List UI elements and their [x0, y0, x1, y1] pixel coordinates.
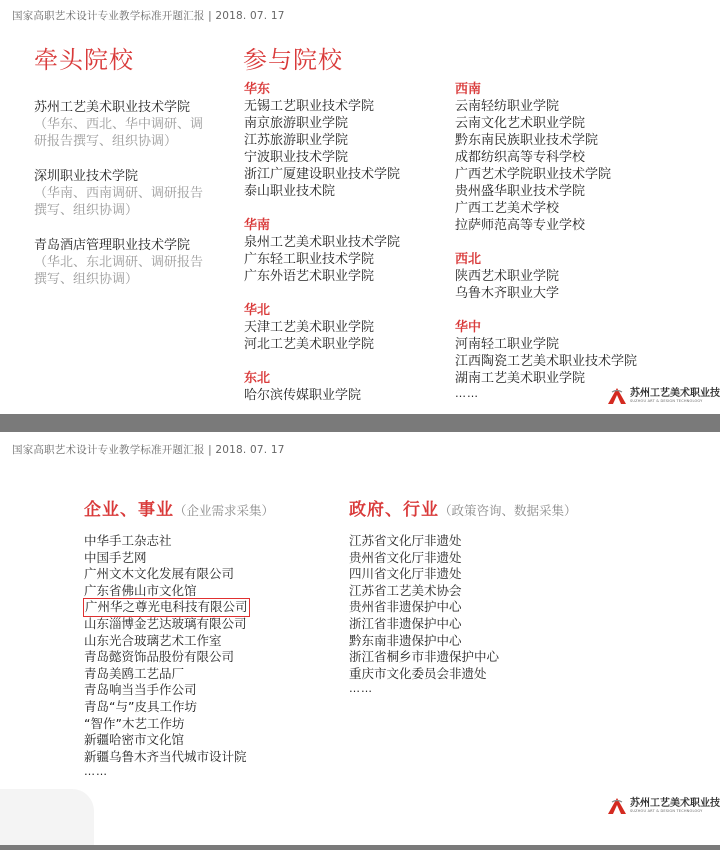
school-item: 陕西艺术职业学院: [455, 268, 637, 285]
lead-school-note: （华南、西南调研、调研报告撰写、组织协调）: [34, 185, 209, 219]
government-item: 重庆市文化委员会非遗处: [349, 666, 499, 683]
enterprise-item: 山东淄博金艺达玻璃有限公司: [84, 616, 249, 633]
region-group-southwest: 西南 云南轻纺职业学院 云南文化艺术职业学院 黔东南民族职业技术学院 成都纺织高…: [455, 81, 637, 234]
government-item: 浙江省桐乡市非遗保护中心: [349, 649, 499, 666]
school-logo-name: 苏州工艺美术职业技: [630, 798, 720, 809]
enterprise-item: “智作”木艺工作坊: [84, 716, 249, 733]
enterprise-item-highlighted: 广州华之尊光电科技有限公司: [84, 599, 249, 616]
region-label: 华北: [244, 302, 400, 319]
enterprise-item: 青岛美鸥工艺品厂: [84, 666, 249, 683]
government-item: 贵州省非遗保护中心: [349, 599, 499, 616]
lead-school: 青岛酒店管理职业技术学院 （华北、东北调研、调研报告撰写、组织协调）: [34, 237, 209, 288]
school-logo: 苏州工艺美术职业技 SUZHOU ART & DESIGN TECHNOLOGY: [608, 798, 720, 814]
slide-separator: [0, 414, 720, 432]
lead-school: 深圳职业技术学院 （华南、西南调研、调研报告撰写、组织协调）: [34, 168, 209, 219]
lead-school-name: 深圳职业技术学院: [34, 168, 209, 185]
slide-enterprises-government: 国家高职艺术设计专业教学标准开题汇报 | 2018. 07. 17 企业、事业（…: [0, 432, 720, 845]
more-ellipsis: ……: [84, 765, 249, 779]
region-label: 华东: [244, 81, 400, 98]
lead-school-note: （华东、西北、华中调研、调研报告撰写、组织协调）: [34, 116, 209, 150]
enterprise-item: 青岛“与”皮具工作坊: [84, 699, 249, 716]
enterprise-item: 山东光合玻璃艺术工作室: [84, 633, 249, 650]
region-label: 西南: [455, 81, 637, 98]
government-list: 江苏省文化厅非遗处 贵州省文化厅非遗处 四川省文化厅非遗处 江苏省工艺美术协会 …: [349, 533, 499, 696]
lead-school-note: （华北、东北调研、调研报告撰写、组织协调）: [34, 254, 209, 288]
more-ellipsis: ……: [349, 682, 499, 696]
school-logo-subtitle: SUZHOU ART & DESIGN TECHNOLOGY: [630, 809, 720, 814]
school-item: 拉萨师范高等专业学校: [455, 217, 637, 234]
school-item: 泰山职业技术院: [244, 183, 400, 200]
enterprise-item: 青岛响当当手作公司: [84, 682, 249, 699]
school-item: 南京旅游职业学院: [244, 115, 400, 132]
lead-school: 苏州工艺美术职业技术学院 （华东、西北、华中调研、调研报告撰写、组织协调）: [34, 99, 209, 150]
bottom-separator: [0, 845, 720, 850]
school-item: 成都纺织高等专科学校: [455, 149, 637, 166]
region-label: 华南: [244, 217, 400, 234]
region-label: 西北: [455, 251, 637, 268]
floating-action-button[interactable]: [0, 789, 94, 850]
school-item: 浙江广厦建设职业技术学院: [244, 166, 400, 183]
government-item: 贵州省文化厅非遗处: [349, 550, 499, 567]
school-item: 广西工艺美术学校: [455, 200, 637, 217]
school-item: 江苏旅游职业学院: [244, 132, 400, 149]
government-item: 四川省文化厅非遗处: [349, 566, 499, 583]
lead-school-name: 青岛酒店管理职业技术学院: [34, 237, 209, 254]
enterprise-item: 中国手艺网: [84, 550, 249, 567]
school-item: 无锡工艺职业技术学院: [244, 98, 400, 115]
school-item: 云南轻纺职业学院: [455, 98, 637, 115]
school-item: 云南文化艺术职业学院: [455, 115, 637, 132]
region-group-south: 华南 泉州工艺美术职业技术学院 广东轻工职业技术学院 广东外语艺术职业学院: [244, 217, 400, 285]
school-item: 乌鲁木齐职业大学: [455, 285, 637, 302]
school-item: 天津工艺美术职业学院: [244, 319, 400, 336]
region-group-north: 华北 天津工艺美术职业学院 河北工艺美术职业学院: [244, 302, 400, 353]
enterprise-section-title: 企业、事业（企业需求采集）: [84, 495, 274, 520]
school-item: 宁波职业技术学院: [244, 149, 400, 166]
school-item: 泉州工艺美术职业技术学院: [244, 234, 400, 251]
school-item: 江西陶瓷工艺美术职业技术学院: [455, 353, 637, 370]
region-group-northeast: 东北 哈尔滨传媒职业学院: [244, 370, 400, 404]
enterprise-item: 广东省佛山市文化馆: [84, 583, 249, 600]
lead-schools-list: 苏州工艺美术职业技术学院 （华东、西北、华中调研、调研报告撰写、组织协调） 深圳…: [34, 99, 209, 306]
government-section-title: 政府、行业（政策咨询、数据采集）: [349, 495, 577, 520]
school-logo: 苏州工艺美术职业技 SUZHOU ART & DESIGN TECHNOLOGY: [608, 388, 720, 404]
school-item: 湖南工艺美术职业学院: [455, 370, 637, 387]
government-item: 黔东南非遗保护中心: [349, 633, 499, 650]
lead-schools-title: 牵头院校: [34, 40, 134, 75]
government-title: 政府、行业: [349, 500, 439, 520]
government-item: 江苏省工艺美术协会: [349, 583, 499, 600]
region-label: 华中: [455, 319, 637, 336]
enterprise-item: 青岛懿资饰品股份有限公司: [84, 649, 249, 666]
slide-header: 国家高职艺术设计专业教学标准开题汇报 | 2018. 07. 17: [12, 442, 285, 457]
participants-column-1: 华东 无锡工艺职业技术学院 南京旅游职业学院 江苏旅游职业学院 宁波职业技术学院…: [244, 81, 400, 414]
enterprise-subtitle: （企业需求采集）: [174, 503, 274, 518]
enterprise-item: 新疆哈密市文化馆: [84, 732, 249, 749]
school-item: 哈尔滨传媒职业学院: [244, 387, 400, 404]
school-item: 黔东南民族职业技术学院: [455, 132, 637, 149]
school-item: 贵州盛华职业技术学院: [455, 183, 637, 200]
school-logo-icon: [608, 388, 626, 404]
government-subtitle: （政策咨询、数据采集）: [439, 503, 577, 518]
school-logo-icon: [608, 798, 626, 814]
participants-column-2: 西南 云南轻纺职业学院 云南文化艺术职业学院 黔东南民族职业技术学院 成都纺织高…: [455, 81, 637, 414]
participating-schools-title: 参与院校: [243, 40, 343, 75]
enterprise-title: 企业、事业: [84, 500, 174, 520]
enterprise-item: 广州文木文化发展有限公司: [84, 566, 249, 583]
enterprise-item: 中华手工杂志社: [84, 533, 249, 550]
school-item: 河南轻工职业学院: [455, 336, 637, 353]
school-item: 河北工艺美术职业学院: [244, 336, 400, 353]
enterprise-item: 新疆乌鲁木齐当代城市设计院: [84, 749, 249, 766]
school-item: 广东轻工职业技术学院: [244, 251, 400, 268]
school-item: 广东外语艺术职业学院: [244, 268, 400, 285]
region-group-east: 华东 无锡工艺职业技术学院 南京旅游职业学院 江苏旅游职业学院 宁波职业技术学院…: [244, 81, 400, 200]
government-item: 浙江省非遗保护中心: [349, 616, 499, 633]
lead-school-name: 苏州工艺美术职业技术学院: [34, 99, 209, 116]
government-item: 江苏省文化厅非遗处: [349, 533, 499, 550]
region-group-northwest: 西北 陕西艺术职业学院 乌鲁木齐职业大学: [455, 251, 637, 302]
region-label: 东北: [244, 370, 400, 387]
slide-header: 国家高职艺术设计专业教学标准开题汇报 | 2018. 07. 17: [12, 8, 285, 23]
school-logo-name: 苏州工艺美术职业技: [630, 388, 720, 399]
enterprise-list: 中华手工杂志社 中国手艺网 广州文木文化发展有限公司 广东省佛山市文化馆 广州华…: [84, 533, 249, 779]
slide-participating-schools: 国家高职艺术设计专业教学标准开题汇报 | 2018. 07. 17 牵头院校 参…: [0, 0, 720, 414]
school-item: 广西艺术学院职业技术学院: [455, 166, 637, 183]
school-logo-subtitle: SUZHOU ART & DESIGN TECHNOLOGY: [630, 399, 720, 404]
